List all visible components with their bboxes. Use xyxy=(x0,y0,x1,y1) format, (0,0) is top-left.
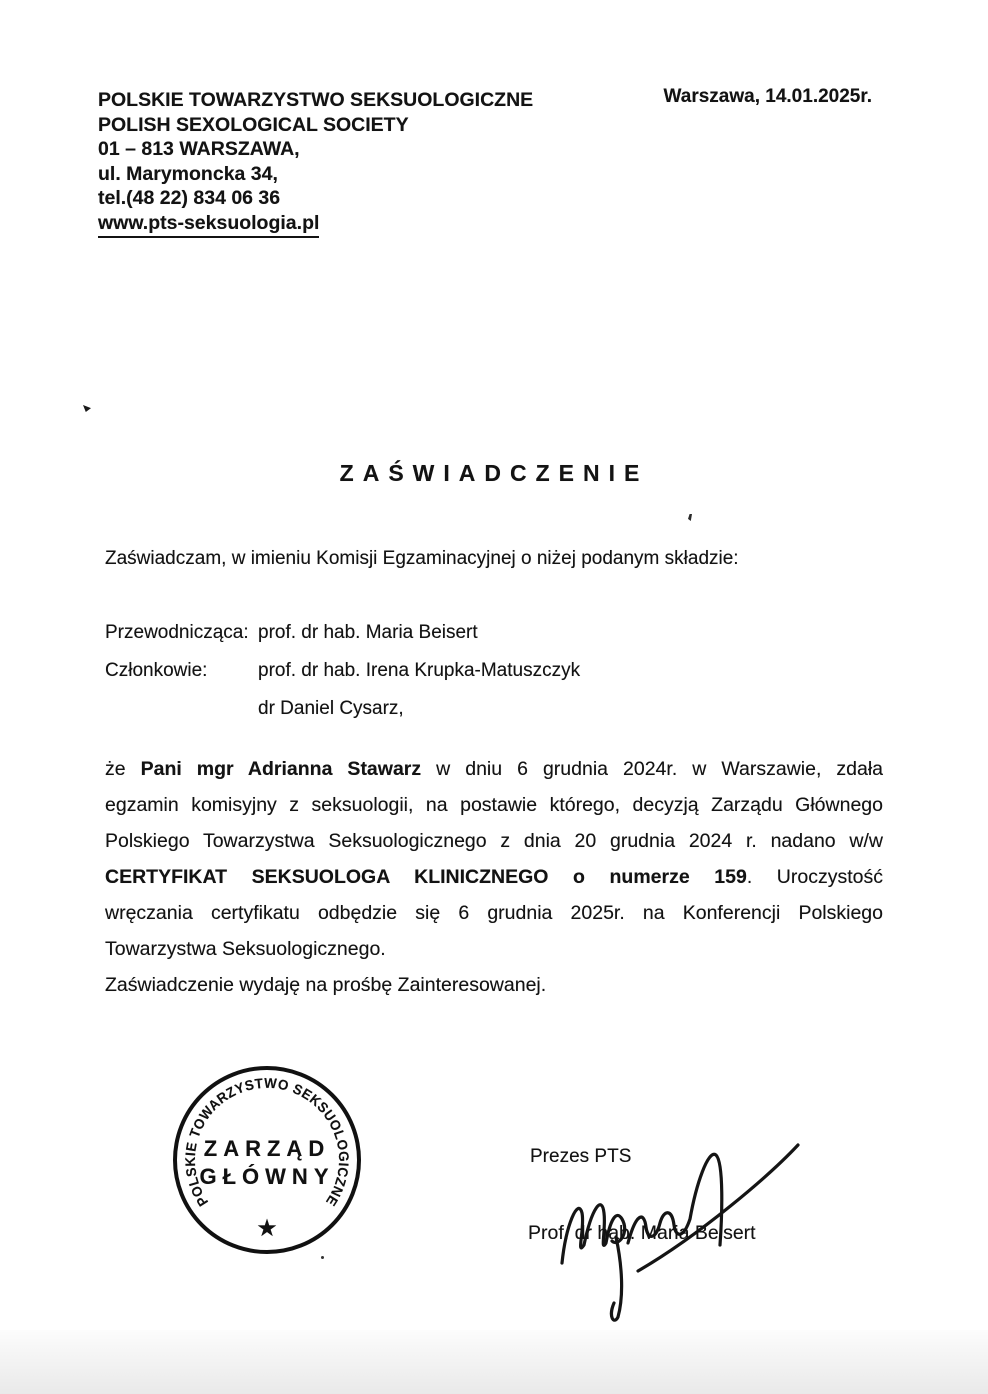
scanned-certificate-page: POLSKIE TOWARZYSTWO SEKSUOLOGICZNE POLIS… xyxy=(0,0,988,1394)
body-line: Towarzystwa Seksuologicznego. xyxy=(105,936,883,972)
intro-sentence: Zaświadczam, w imieniu Komisji Egzaminac… xyxy=(105,548,739,570)
body-text: Towarzystwa Seksuologicznego. xyxy=(105,938,386,960)
chair-name: prof. dr hab. Maria Beisert xyxy=(258,622,478,644)
stamp-graphic: POLSKIE TOWARZYSTWO SEKSUOLOGICZNE ZARZĄ… xyxy=(167,1060,367,1260)
org-phone: tel.(48 22) 834 06 36 xyxy=(98,186,533,211)
body-text: . Uroczystość xyxy=(747,866,883,888)
body-line: wręczania certyfikatu odbędzie się 6 gru… xyxy=(105,900,883,936)
committee-member-row: dr Daniel Cysarz, xyxy=(105,698,580,736)
body-text-bold: CERTYFIKAT SEKSUOLOGA KLINICZNEGO o nume… xyxy=(105,866,747,888)
body-text-bold: Pani mgr Adrianna Stawarz xyxy=(141,758,422,780)
body-text: wręczania certyfikatu odbędzie się 6 gru… xyxy=(105,902,883,924)
scan-speck xyxy=(688,514,692,521)
signer-role: Prezes PTS xyxy=(530,1146,631,1168)
place-and-date: Warszawa, 14.01.2025r. xyxy=(664,86,872,108)
org-website: www.pts-seksuologia.pl xyxy=(98,211,319,239)
body-line: CERTYFIKAT SEKSUOLOGA KLINICZNEGO o nume… xyxy=(105,864,883,900)
document-title: ZAŚWIADCZENIE xyxy=(0,460,988,487)
stamp-center-line2: GŁÓWNY xyxy=(200,1164,335,1189)
org-postal-code: 01 – 813 WARSZAWA, xyxy=(98,137,533,162)
body-text: w dniu 6 grudnia 2024r. w Warszawie, zda… xyxy=(421,758,883,780)
body-line: Polskiego Towarzystwa Seksuologicznego z… xyxy=(105,828,883,864)
signer-name: Prof. dr hab. Maria Beisert xyxy=(528,1222,756,1245)
body-text: egzamin komisyjny z seksuologii, na post… xyxy=(105,794,883,816)
committee-chair-row: Przewodnicząca: prof. dr hab. Maria Beis… xyxy=(105,622,580,660)
committee-member-row: Członkowie: prof. dr hab. Irena Krupka-M… xyxy=(105,660,580,698)
body-text: że xyxy=(105,758,141,780)
body-line: że Pani mgr Adrianna Stawarz w dniu 6 gr… xyxy=(105,756,883,792)
body-text: Zaświadczenie wydaję na prośbę Zainteres… xyxy=(105,974,546,996)
org-name-pl: POLSKIE TOWARZYSTWO SEKSUOLOGICZNE xyxy=(98,88,533,113)
certificate-body: że Pani mgr Adrianna Stawarz w dniu 6 gr… xyxy=(105,756,883,1008)
scan-speck xyxy=(321,1256,324,1259)
body-line: Zaświadczenie wydaję na prośbę Zainteres… xyxy=(105,972,883,1008)
body-text: Polskiego Towarzystwa Seksuologicznego z… xyxy=(105,830,883,852)
body-line: egzamin komisyjny z seksuologii, na post… xyxy=(105,792,883,828)
member-name: prof. dr hab. Irena Krupka-Matuszczyk xyxy=(258,660,580,682)
official-stamp: POLSKIE TOWARZYSTWO SEKSUOLOGICZNE ZARZĄ… xyxy=(167,1060,367,1260)
scan-edge-shadow xyxy=(0,1330,988,1394)
org-name-en: POLISH SEXOLOGICAL SOCIETY xyxy=(98,113,533,138)
chair-label: Przewodnicząca: xyxy=(105,622,258,644)
stamp-center-line1: ZARZĄD xyxy=(204,1136,330,1161)
member-name: dr Daniel Cysarz, xyxy=(258,698,404,720)
letterhead: POLSKIE TOWARZYSTWO SEKSUOLOGICZNE POLIS… xyxy=(98,88,533,238)
org-street: ul. Marymoncka 34, xyxy=(98,162,533,187)
stamp-star-icon: ★ xyxy=(256,1214,278,1242)
committee-list: Przewodnicząca: prof. dr hab. Maria Beis… xyxy=(105,622,580,736)
members-label: Członkowie: xyxy=(105,660,258,682)
scan-speck xyxy=(83,405,91,412)
